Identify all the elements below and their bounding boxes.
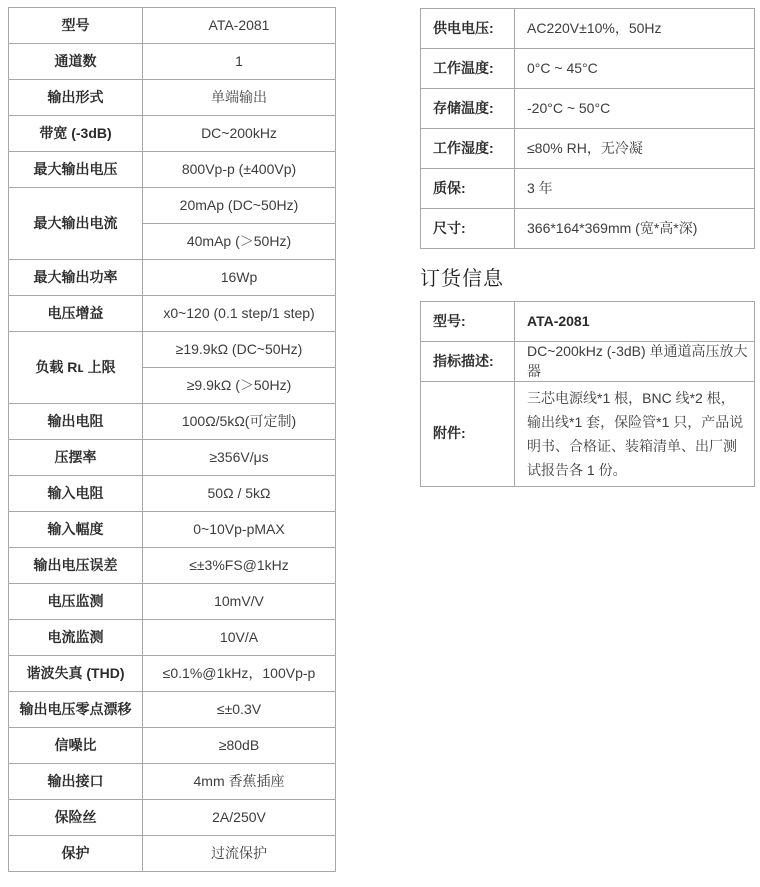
spec-label: 保险丝 <box>9 800 143 836</box>
env-row-label: 工作温度: <box>421 49 515 89</box>
env-row: 工作温度:0°C ~ 45°C <box>421 49 755 89</box>
spec-row: 电压监测10mV/V <box>9 584 336 620</box>
spec-label: 输出接口 <box>9 764 143 800</box>
spec-label: 最大输出电流 <box>9 188 143 260</box>
spec-value: ≥19.9kΩ (DC~50Hz) <box>143 332 336 368</box>
env-row-label: 存储温度: <box>421 89 515 129</box>
ordering-row-value: ATA-2081 <box>515 302 755 342</box>
spec-label: 谐波失真 (THD) <box>9 656 143 692</box>
ordering-row-label: 型号: <box>421 302 515 342</box>
spec-value: DC~200kHz <box>143 116 336 152</box>
spec-label: 最大输出功率 <box>9 260 143 296</box>
env-row: 工作湿度:≤80% RH，无冷凝 <box>421 129 755 169</box>
env-row: 存储温度:-20°C ~ 50°C <box>421 89 755 129</box>
spec-label: 信噪比 <box>9 728 143 764</box>
spec-label: 输入幅度 <box>9 512 143 548</box>
ordering-row-label: 指标描述: <box>421 342 515 382</box>
env-row-value: 0°C ~ 45°C <box>515 49 755 89</box>
spec-row: 通道数1 <box>9 44 336 80</box>
env-row-value: 3 年 <box>515 169 755 209</box>
spec-row: 输出形式单端输出 <box>9 80 336 116</box>
spec-label: 负载 Rʟ 上限 <box>9 332 143 404</box>
spec-value: 40mAp (＞50Hz) <box>143 224 336 260</box>
spec-table-body: 型号ATA-2081通道数1输出形式单端输出带宽 (-3dB)DC~200kHz… <box>9 8 336 872</box>
spec-row: 信噪比≥80dB <box>9 728 336 764</box>
spec-label: 压摆率 <box>9 440 143 476</box>
spec-row: 谐波失真 (THD)≤0.1%@1kHz，100Vp-p <box>9 656 336 692</box>
spec-row: 压摆率≥356V/μs <box>9 440 336 476</box>
env-row: 供电电压:AC220V±10%，50Hz <box>421 9 755 49</box>
env-row-value: -20°C ~ 50°C <box>515 89 755 129</box>
spec-row: 输出电压误差≤±3%FS@1kHz <box>9 548 336 584</box>
spec-label: 电压增益 <box>9 296 143 332</box>
env-row: 尺寸:366*164*369mm (宽*高*深) <box>421 209 755 249</box>
ordering-table: 型号:ATA-2081指标描述:DC~200kHz (-3dB) 单通道高压放大… <box>420 301 755 487</box>
spec-value: 单端输出 <box>143 80 336 116</box>
env-row-value: 366*164*369mm (宽*高*深) <box>515 209 755 249</box>
ordering-table-body: 型号:ATA-2081指标描述:DC~200kHz (-3dB) 单通道高压放大… <box>421 302 755 487</box>
spec-label: 输出电压零点漂移 <box>9 692 143 728</box>
spec-value: 0~10Vp-pMAX <box>143 512 336 548</box>
spec-row: 电压增益x0~120 (0.1 step/1 step) <box>9 296 336 332</box>
spec-value: 过流保护 <box>143 836 336 872</box>
spec-value: 50Ω / 5kΩ <box>143 476 336 512</box>
ordering-row: 附件:三芯电源线*1 根，BNC 线*2 根，输出线*1 套，保险管*1 只，产… <box>421 382 755 487</box>
env-row-label: 质保: <box>421 169 515 209</box>
spec-value: ≤±3%FS@1kHz <box>143 548 336 584</box>
env-row-value: ≤80% RH，无冷凝 <box>515 129 755 169</box>
spec-label: 型号 <box>9 8 143 44</box>
spec-row: 最大输出电压800Vp-p (±400Vp) <box>9 152 336 188</box>
spec-value: ≤±0.3V <box>143 692 336 728</box>
ordering-row: 指标描述:DC~200kHz (-3dB) 单通道高压放大器 <box>421 342 755 382</box>
spec-table: 型号ATA-2081通道数1输出形式单端输出带宽 (-3dB)DC~200kHz… <box>8 7 336 872</box>
spec-value: 100Ω/5kΩ(可定制) <box>143 404 336 440</box>
env-table-body: 供电电压:AC220V±10%，50Hz工作温度:0°C ~ 45°C存储温度:… <box>421 9 755 249</box>
spec-value: 10V/A <box>143 620 336 656</box>
ordering-row-label: 附件: <box>421 382 515 487</box>
ordering-row: 型号:ATA-2081 <box>421 302 755 342</box>
env-row: 质保:3 年 <box>421 169 755 209</box>
spec-value: ATA-2081 <box>143 8 336 44</box>
spec-row: 保险丝2A/250V <box>9 800 336 836</box>
spec-row: 电流监测10V/A <box>9 620 336 656</box>
env-table: 供电电压:AC220V±10%，50Hz工作温度:0°C ~ 45°C存储温度:… <box>420 8 755 249</box>
spec-row: 输入电阻50Ω / 5kΩ <box>9 476 336 512</box>
spec-row: 最大输出功率16Wp <box>9 260 336 296</box>
ordering-info-heading: 订货信息 <box>420 262 754 291</box>
spec-value: ≥80dB <box>143 728 336 764</box>
ordering-row-value: 三芯电源线*1 根，BNC 线*2 根，输出线*1 套，保险管*1 只，产品说明… <box>515 382 755 487</box>
env-row-label: 尺寸: <box>421 209 515 249</box>
spec-value: x0~120 (0.1 step/1 step) <box>143 296 336 332</box>
spec-label: 输入电阻 <box>9 476 143 512</box>
spec-row: 型号ATA-2081 <box>9 8 336 44</box>
spec-label: 电流监测 <box>9 620 143 656</box>
spec-label: 输出形式 <box>9 80 143 116</box>
spec-value: ≥356V/μs <box>143 440 336 476</box>
spec-value: ≤0.1%@1kHz，100Vp-p <box>143 656 336 692</box>
spec-row: 输入幅度0~10Vp-pMAX <box>9 512 336 548</box>
spec-value: 1 <box>143 44 336 80</box>
spec-value: ≥9.9kΩ (＞50Hz) <box>143 368 336 404</box>
ordering-row-value: DC~200kHz (-3dB) 单通道高压放大器 <box>515 342 755 382</box>
env-row-value: AC220V±10%，50Hz <box>515 9 755 49</box>
spec-label: 输出电压误差 <box>9 548 143 584</box>
spec-value: 2A/250V <box>143 800 336 836</box>
spec-value: 20mAp (DC~50Hz) <box>143 188 336 224</box>
right-column: 供电电压:AC220V±10%，50Hz工作温度:0°C ~ 45°C存储温度:… <box>420 8 754 487</box>
spec-value: 16Wp <box>143 260 336 296</box>
spec-label: 通道数 <box>9 44 143 80</box>
spec-value: 800Vp-p (±400Vp) <box>143 152 336 188</box>
spec-row: 输出电压零点漂移≤±0.3V <box>9 692 336 728</box>
spec-label: 带宽 (-3dB) <box>9 116 143 152</box>
spec-row: 输出电阻100Ω/5kΩ(可定制) <box>9 404 336 440</box>
spec-label: 保护 <box>9 836 143 872</box>
spec-label: 电压监测 <box>9 584 143 620</box>
spec-row: 带宽 (-3dB)DC~200kHz <box>9 116 336 152</box>
spec-row: 最大输出电流20mAp (DC~50Hz) <box>9 188 336 224</box>
spec-value: 4mm 香蕉插座 <box>143 764 336 800</box>
spec-label: 输出电阻 <box>9 404 143 440</box>
spec-row: 负载 Rʟ 上限≥19.9kΩ (DC~50Hz) <box>9 332 336 368</box>
env-row-label: 供电电压: <box>421 9 515 49</box>
spec-label: 最大输出电压 <box>9 152 143 188</box>
spec-row: 保护过流保护 <box>9 836 336 872</box>
spec-row: 输出接口4mm 香蕉插座 <box>9 764 336 800</box>
spec-value: 10mV/V <box>143 584 336 620</box>
env-row-label: 工作湿度: <box>421 129 515 169</box>
